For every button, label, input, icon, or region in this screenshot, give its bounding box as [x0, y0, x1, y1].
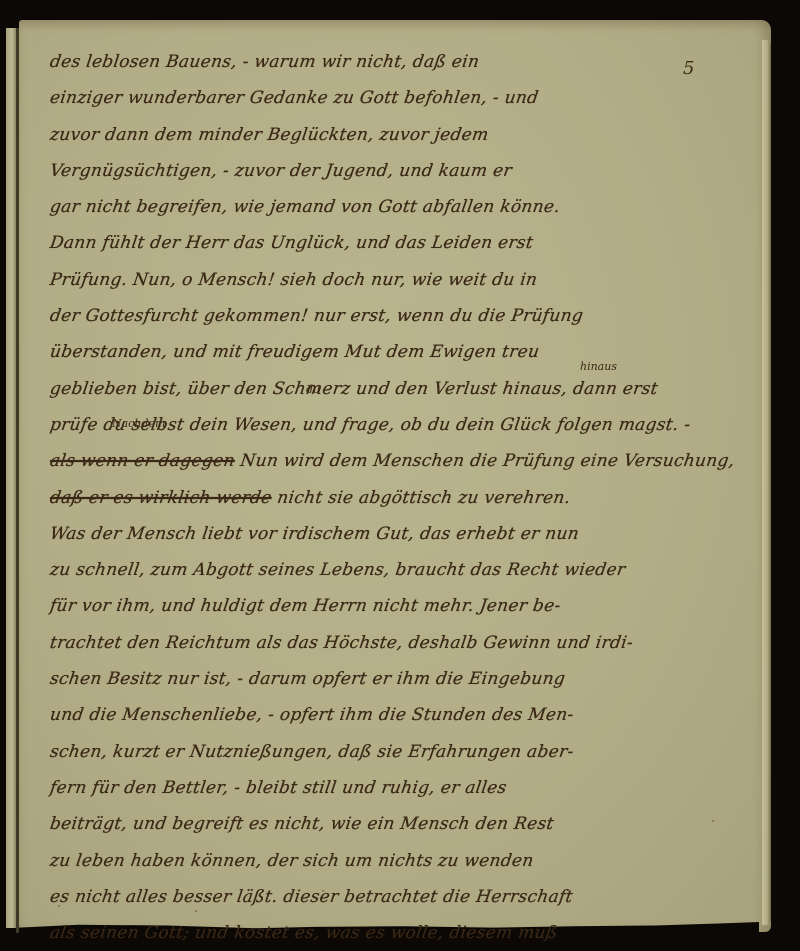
- struck-text: als wenn er dagegen: [49, 451, 237, 471]
- text-line: es nicht alles besser läßt. dieser betra…: [47, 879, 692, 915]
- paper-speck: [322, 890, 324, 892]
- text-line: gar nicht begreifen, wie jemand von Gott…: [47, 189, 692, 225]
- text-line: zu leben haben können, der sich um nicht…: [47, 843, 692, 879]
- interlinear-insertion: Nachdem: [112, 417, 165, 430]
- text-line: für vor ihm, und huldigt dem Herrn nicht…: [47, 588, 692, 624]
- text-line: einziger wunderbarer Gedanke zu Gott bef…: [47, 80, 692, 116]
- paper-speck: [58, 905, 60, 907]
- page-edge: [762, 40, 771, 925]
- text-line: der Gottesfurcht gekommen! nur erst, wen…: [47, 298, 692, 334]
- text-line: geblieben bist, über den Schmerz und den…: [47, 371, 692, 407]
- text-line: Was der Mensch liebt vor irdischem Gut, …: [47, 516, 692, 552]
- text-fragment: Nun wird dem Menschen die Prüfung eine V…: [239, 451, 736, 471]
- text-line: zuvor dann dem minder Beglückten, zuvor …: [47, 117, 692, 153]
- text-line: beiträgt, und begreift es nicht, wie ein…: [47, 806, 692, 842]
- text-line-with-deletion: daß er es wirklich werde nicht sie abgöt…: [47, 480, 692, 516]
- book-binding: [6, 28, 16, 928]
- paper-speck: [195, 910, 197, 912]
- text-line: und die Menschenliebe, - opfert ihm die …: [47, 697, 692, 733]
- text-line: Dann fühlt der Herr das Unglück, und das…: [47, 225, 692, 261]
- text-line: schen, kurzt er Nutznießungen, daß sie E…: [47, 734, 692, 770]
- text-line: Vergnügsüchtigen, - zuvor der Jugend, un…: [47, 153, 692, 189]
- text-line: schen Besitz nur ist, - darum opfert er …: [47, 661, 692, 697]
- interlinear-insertion: hinaus: [580, 360, 617, 373]
- struck-text: daß er es wirklich werde: [49, 488, 273, 508]
- text-line: trachtet den Reichtum als das Höchste, d…: [47, 625, 692, 661]
- text-line-with-deletion: als wenn er dagegen Nun wird dem Mensche…: [47, 443, 692, 479]
- text-line: Prüfung. Nun, o Mensch! sieh doch nur, w…: [47, 262, 692, 298]
- handwritten-text-block: des leblosen Bauens, - warum wir nicht, …: [50, 44, 690, 951]
- paper-speck: [712, 820, 714, 822]
- scanned-manuscript: 5 des leblosen Bauens, - warum wir nicht…: [0, 0, 800, 951]
- text-line: fern für den Bettler, - bleibt still und…: [47, 770, 692, 806]
- interlinear-insertion: du: [306, 383, 320, 396]
- text-fragment: nicht sie abgöttisch zu verehren.: [276, 488, 572, 508]
- text-line: des leblosen Bauens, - warum wir nicht, …: [47, 44, 692, 80]
- text-line: als seinen Gott; und kostet es, was es w…: [47, 915, 692, 951]
- text-line: zu schnell, zum Abgott seines Lebens, br…: [47, 552, 692, 588]
